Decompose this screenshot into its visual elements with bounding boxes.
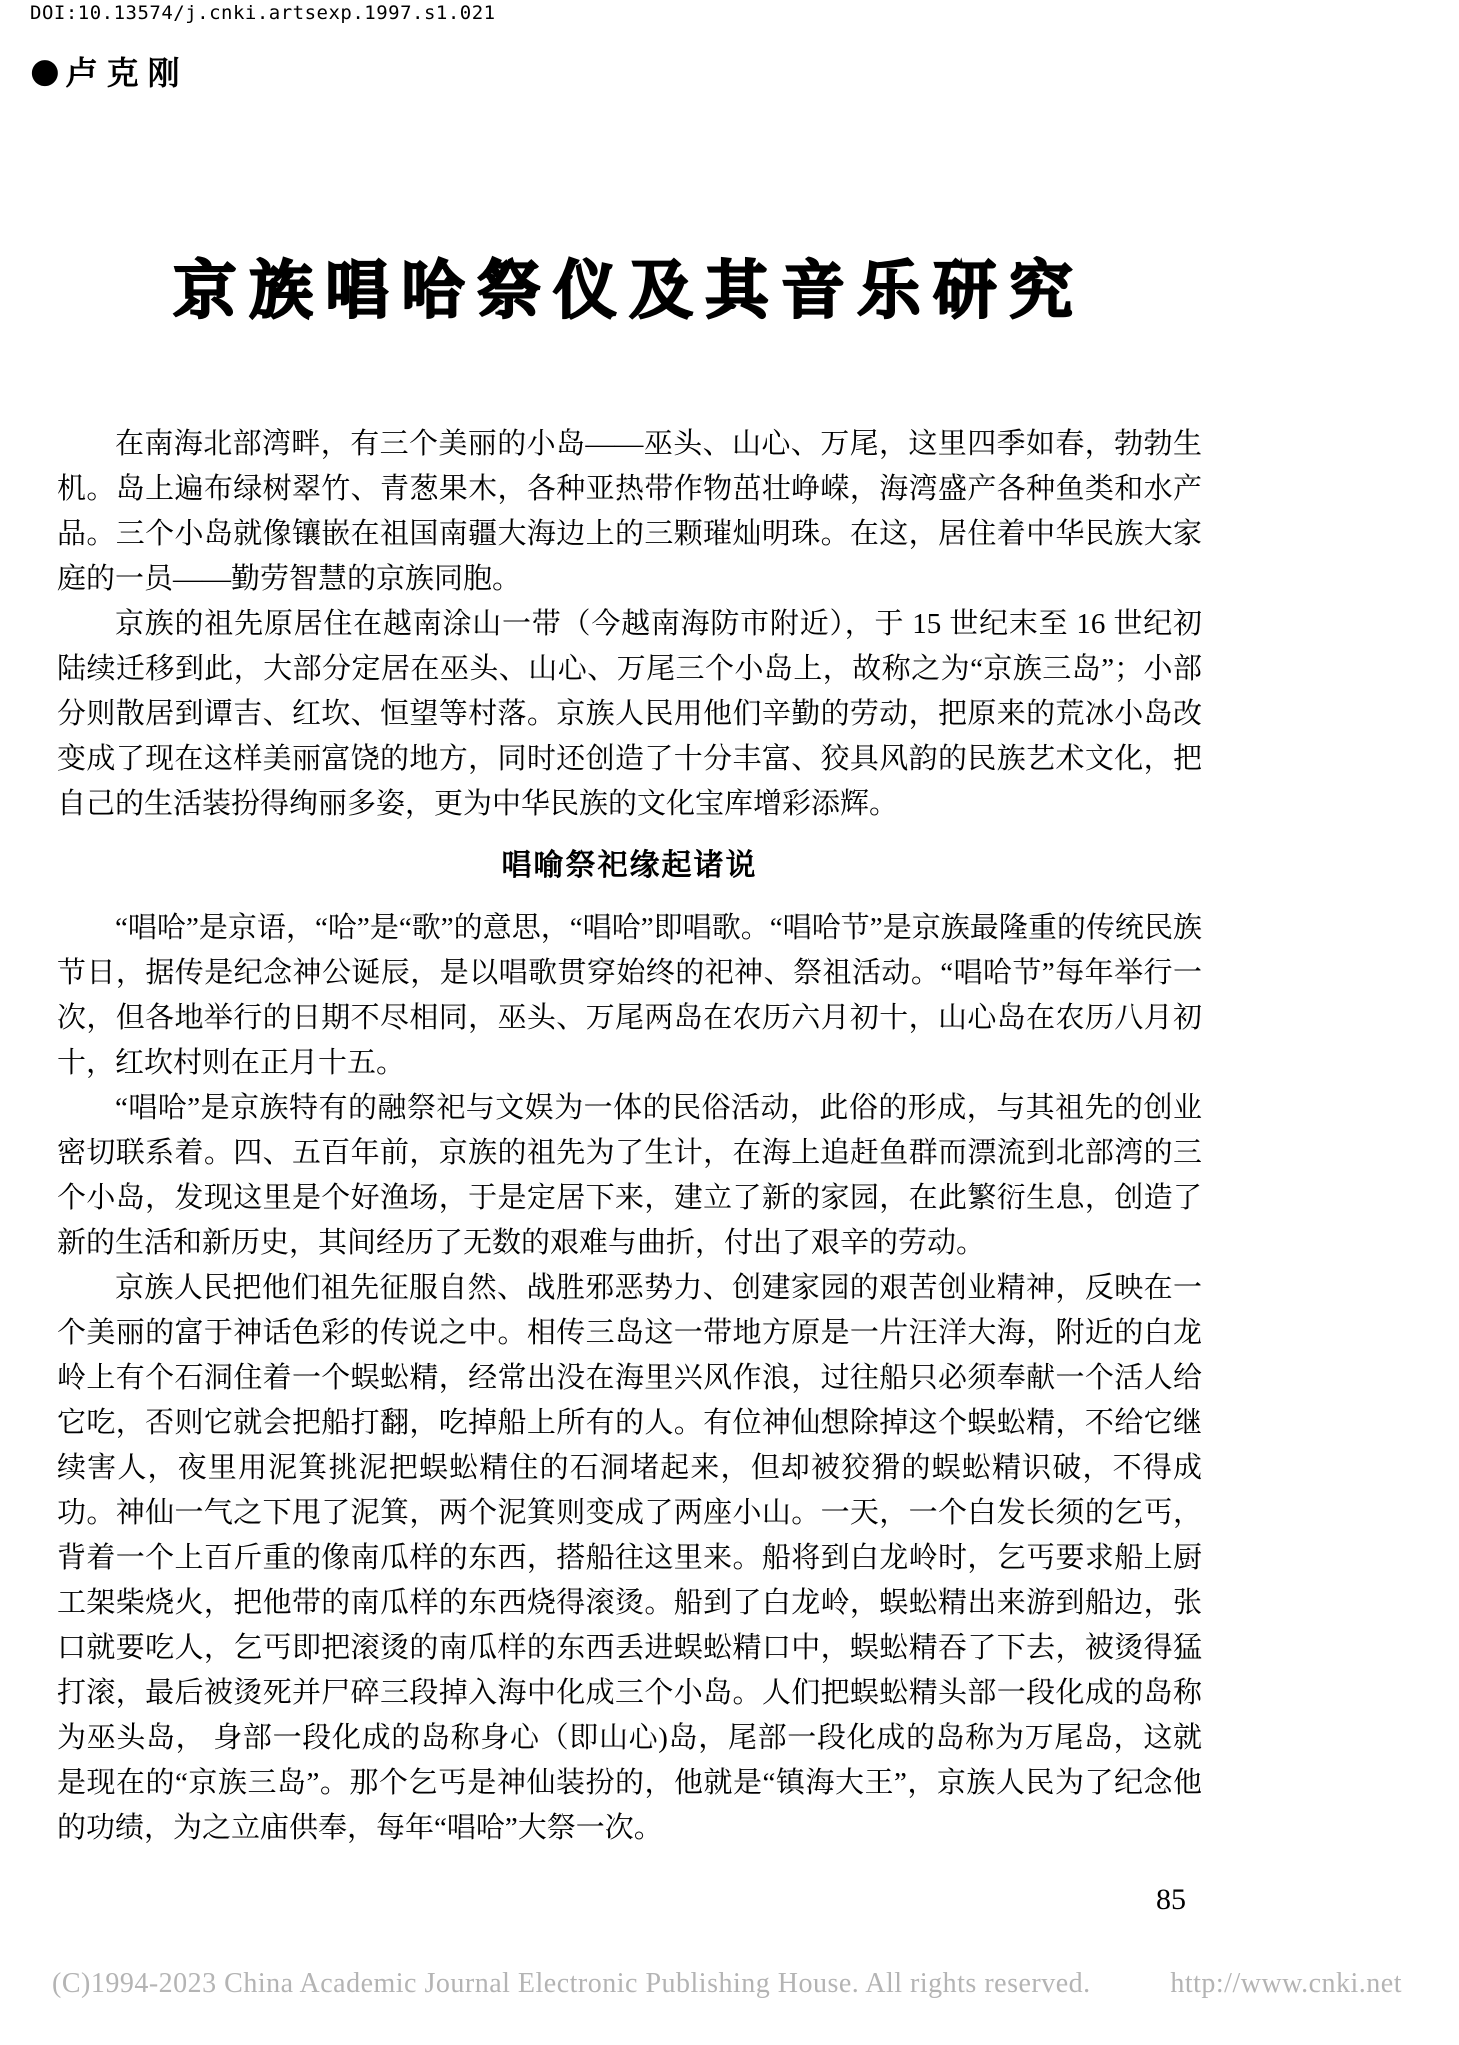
footer-copyright: (C)1994-2023 China Academic Journal Elec…: [52, 1968, 1091, 2000]
article-title: 京族唱哈祭仪及其音乐研究: [57, 240, 1202, 331]
page-number: 85: [57, 1877, 1202, 1922]
paragraph: “唱哈”是京族特有的融祭祀与文娱为一体的民俗活动，此俗的形成，与其祖先的创业密切…: [57, 1086, 1202, 1266]
author-line: ● 卢克刚: [30, 48, 189, 94]
article-body: 在南海北部湾畔，有三个美丽的小岛——巫头、山心、万尾，这里四季如春，勃勃生机。岛…: [57, 422, 1202, 1922]
author-name: 卢克刚: [66, 48, 189, 94]
author-bullet-icon: ●: [30, 51, 60, 91]
scanned-article-page: DOI:10.13574/j.cnki.artsexp.1997.s1.021 …: [0, 0, 1459, 2045]
paragraph: 京族人民把他们祖先征服自然、战胜邪恶势力、创建家园的艰苦创业精神，反映在一个美丽…: [57, 1266, 1202, 1851]
paragraph: “唱哈”是京语，“哈”是“歌”的意思，“唱哈”即唱歌。“唱哈节”是京族最隆重的传…: [57, 906, 1202, 1086]
scan-footer: (C)1994-2023 China Academic Journal Elec…: [52, 1968, 1402, 2000]
paragraph: 在南海北部湾畔，有三个美丽的小岛——巫头、山心、万尾，这里四季如春，勃勃生机。岛…: [57, 422, 1202, 602]
paragraph: 京族的祖先原居住在越南涂山一带（今越南海防市附近），于 15 世纪末至 16 世…: [57, 602, 1202, 827]
section-heading: 唱喻祭祀缘起诸说: [57, 843, 1202, 888]
footer-url: http://www.cnki.net: [1170, 1968, 1402, 2000]
doi-line: DOI:10.13574/j.cnki.artsexp.1997.s1.021: [30, 2, 496, 24]
